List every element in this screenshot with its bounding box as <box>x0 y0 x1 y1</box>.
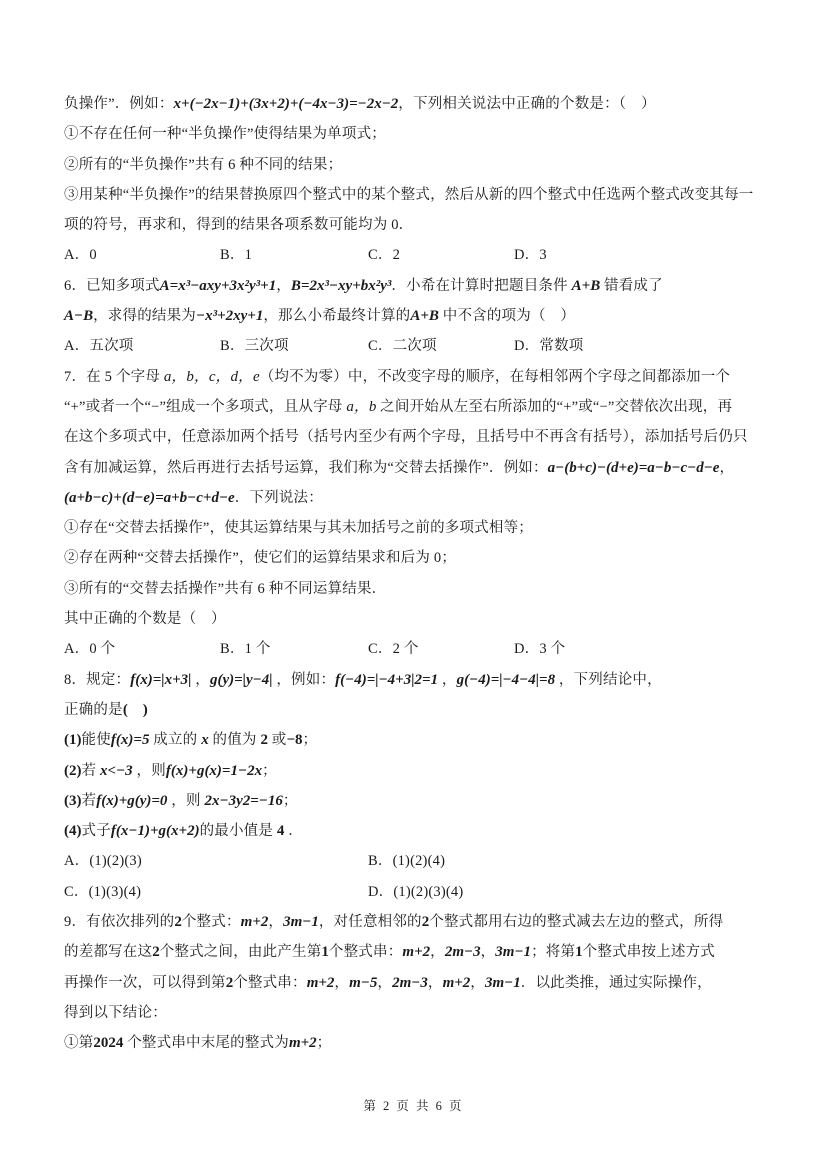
options-row: A．0 个B．1 个C．2 个D．3 个 <box>64 634 767 664</box>
math-run: m+2 <box>402 944 430 960</box>
text-run: ，下列相关说法中正确的个数是：（ ） <box>398 96 655 112</box>
option-D: D．(1)(2)(3)(4) <box>368 877 767 907</box>
text-run: ②所有的“半负操作”共有 6 种不同的结果； <box>64 157 342 173</box>
text-run: ．以此类推，通过实际操作， <box>521 975 712 991</box>
math-run: m+2 <box>443 975 471 991</box>
text-run: ， <box>470 975 485 991</box>
options-row: A．(1)(2)(3)B．(1)(2)(4) <box>64 846 767 876</box>
text-run: 含有加减运算，然后再进行去括号运算，我们称为“交替去括操作”．例如： <box>64 460 548 476</box>
text-run: 的值为 <box>209 732 261 748</box>
text-line: ①第2024 个整式串中末尾的整式为m+2； <box>64 1028 767 1058</box>
math-run: x<−3 <box>100 763 133 779</box>
math-run: 2 <box>260 732 268 748</box>
text-run: 式子 <box>82 823 111 839</box>
text-run: 9．有依次排列的 <box>64 914 174 930</box>
text-run: ．下列说法： <box>235 490 323 506</box>
text-run: 的最小值是 <box>200 823 277 839</box>
text-line: (a+b−c)+(d−e)=a+b−c+d−e．下列说法： <box>64 483 767 513</box>
math-run: 1 <box>575 944 583 960</box>
text-line: A−B，求得的结果为−x³+2xy+1，那么小希最终计算的A+B 中不含的项为（… <box>64 301 767 331</box>
text-run: ， <box>377 975 392 991</box>
text-run: 再操作一次，可以得到第 <box>64 975 226 991</box>
text-run: ，求得的结果为 <box>93 308 196 324</box>
text-run: ．小希在计算时把题目条件 <box>391 278 571 294</box>
text-run: 个整式之间，由此产生第 <box>160 944 322 960</box>
text-run: 个整式： <box>182 914 241 930</box>
text-run: 8．规定： <box>64 672 130 688</box>
worksheet-page: 负操作”．例如：x+(−2x−1)+(3x+2)+(−4x−3)=−2x−2，下… <box>0 0 827 1169</box>
option-C: C．(1)(3)(4) <box>64 877 368 907</box>
text-line: 其中正确的个数是（ ） <box>64 604 767 634</box>
text-line: 正确的是( ) <box>64 695 767 725</box>
text-run: 的差都写在这 <box>64 944 152 960</box>
option-D: D．常数项 <box>514 331 767 361</box>
text-run: 成立的 <box>149 732 201 748</box>
text-run: ，则 <box>167 793 204 809</box>
text-run: ， <box>268 914 283 930</box>
text-line: 再操作一次，可以得到第2个整式串：m+2，m−5，2m−3，m+2，3m−1．以… <box>64 968 767 998</box>
math-run: 3m−1 <box>485 975 521 991</box>
text-run: ，则 <box>133 763 166 779</box>
text-run: ①存在“交替去括操作”，使其运算结果与其未加括号之前的多项式相等； <box>64 520 533 536</box>
options-row: A．0B．1C．2D．3 <box>64 240 767 270</box>
text-run: 个整式串按上述方式 <box>583 944 715 960</box>
option-D: D．3 <box>514 240 767 270</box>
text-run: ； <box>303 732 318 748</box>
math-run: m−5 <box>349 975 377 991</box>
math-run: g(y)=|y−4| <box>210 672 273 688</box>
text-run: 个整式串： <box>329 944 403 960</box>
text-run: ， <box>334 975 349 991</box>
text-line: ①不存在任何一种“半负操作”使得结果为单项式； <box>64 119 767 149</box>
math-run: ( ) <box>123 702 148 718</box>
math-run: f(−4)=|−4+3|2=1 <box>335 672 438 688</box>
text-run: ， <box>276 278 291 294</box>
math-run: A+B <box>572 278 601 294</box>
text-run: 个整式串： <box>233 975 307 991</box>
text-line: 6．已知多项式A=x³−axy+3x²y³+1，B=2x³−xy+bx²y³．小… <box>64 271 767 301</box>
text-run: 其中正确的个数是（ ） <box>64 611 226 627</box>
math-run: A=x³−axy+3x²y³+1 <box>160 278 277 294</box>
math-run: (1) <box>64 732 82 748</box>
text-run: ，例如： <box>273 672 336 688</box>
text-run: ； <box>317 1035 332 1051</box>
math-run: x <box>201 732 209 748</box>
math-run: 2m−3 <box>445 944 481 960</box>
text-line: 负操作”．例如：x+(−2x−1)+(3x+2)+(−4x−3)=−2x−2，下… <box>64 89 767 119</box>
math-run: g(−4)=|−4−4|=8 <box>457 672 555 688</box>
text-line: 9．有依次排列的2个整式：m+2，3m−1，对任意相邻的2个整式都用右边的整式减… <box>64 907 767 937</box>
math-run: A+B <box>410 308 439 324</box>
math-run: f(x)+g(y)=0 <box>96 793 167 809</box>
text-run: ， <box>719 460 734 476</box>
option-B: B．(1)(2)(4) <box>368 846 767 876</box>
text-run: 负操作”．例如： <box>64 96 174 112</box>
math-run: 2 <box>152 944 160 960</box>
text-run: ， <box>430 944 445 960</box>
text-line: ②存在两种“交替去括操作”，使它们的运算结果求和后为 0； <box>64 543 767 573</box>
text-run: ； <box>283 793 298 809</box>
math-run: m+2 <box>307 975 335 991</box>
text-run: 若 <box>82 763 101 779</box>
document-content: 负操作”．例如：x+(−2x−1)+(3x+2)+(−4x−3)=−2x−2，下… <box>64 89 767 1059</box>
math-run: f(x)=|x+3| <box>130 672 191 688</box>
option-A: A．(1)(2)(3) <box>64 846 368 876</box>
text-run: 得到以下结论： <box>64 1005 167 1021</box>
option-A: A．五次项 <box>64 331 220 361</box>
math-run: m+2 <box>289 1035 317 1051</box>
option-B: B．1 个 <box>220 634 368 664</box>
text-run: ， <box>481 944 496 960</box>
text-line: ③所有的“交替去括操作”共有 6 种不同运算结果． <box>64 574 767 604</box>
math-run: 2m−3 <box>392 975 428 991</box>
math-run: f(x)=5 <box>111 732 150 748</box>
options-row: A．五次项B．三次项C．二次项D．常数项 <box>64 331 767 361</box>
text-run: ；将第 <box>531 944 575 960</box>
math-run: (2) <box>64 763 82 779</box>
math-run: 2024 <box>93 1035 123 1051</box>
option-D: D．3 个 <box>514 634 767 664</box>
text-run: 错看成了 <box>600 278 663 294</box>
math-run: 1 <box>321 944 329 960</box>
option-C: C．2 <box>368 240 514 270</box>
text-line: (4)式子f(x−1)+g(x+2)的最小值是 4 ． <box>64 816 767 846</box>
text-run: “+”或者一个“−”组成一个多项式，且从字母 <box>64 399 346 415</box>
options-row: C．(1)(3)(4)D．(1)(2)(3)(4) <box>64 877 767 907</box>
option-B: B．三次项 <box>220 331 368 361</box>
text-line: 的差都写在这2个整式之间，由此产生第1个整式串：m+2，2m−3，3m−1；将第… <box>64 937 767 967</box>
text-line: ①存在“交替去括操作”，使其运算结果与其未加括号之前的多项式相等； <box>64 513 767 543</box>
text-run: ③所有的“交替去括操作”共有 6 种不同运算结果． <box>64 581 386 597</box>
text-line: (1)能使f(x)=5 成立的 x 的值为 2 或−8； <box>64 725 767 755</box>
text-run: 在这个多项式中，任意添加两个括号（括号内至少有两个字母，且括号中不再含有括号），… <box>64 429 748 445</box>
text-run: ， <box>438 672 457 688</box>
text-line: (2)若 x<−3 ，则f(x)+g(x)=1−2x； <box>64 756 767 786</box>
text-run: ①第 <box>64 1035 93 1051</box>
text-run: ， <box>428 975 443 991</box>
text-run: （均不为零）中，不改变字母的顺序，在每相邻两个字母之间都添加一个 <box>260 369 730 385</box>
text-run: ， <box>191 672 210 688</box>
option-A: A．0 <box>64 240 220 270</box>
text-line: ③用某种“半负操作”的结果替换原四个整式中的某个整式，然后从新的四个整式中任选两… <box>64 180 767 210</box>
math-run: 2 <box>174 914 182 930</box>
math-run: x+(−2x−1)+(3x+2)+(−4x−3)=−2x−2 <box>174 96 399 112</box>
math-run: a，b，c，d，e <box>164 369 260 385</box>
math-run: A−B <box>64 308 93 324</box>
math-run: 3m−1 <box>283 914 319 930</box>
option-C: C．2 个 <box>368 634 514 664</box>
text-run: 或 <box>268 732 287 748</box>
text-run: ，对任意相邻的 <box>319 914 422 930</box>
math-run: (3) <box>64 793 82 809</box>
math-run: a，b <box>346 399 376 415</box>
math-run: −x³+2xy+1 <box>196 308 263 324</box>
text-line: 项的符号，再求和，得到的结果各项系数可能均为 0． <box>64 210 767 240</box>
math-run: f(x−1)+g(x+2) <box>111 823 200 839</box>
math-run: (4) <box>64 823 82 839</box>
text-line: 7．在 5 个字母 a，b，c，d，e（均不为零）中，不改变字母的顺序，在每相邻… <box>64 362 767 392</box>
text-line: “+”或者一个“−”组成一个多项式，且从字母 a，b 之间开始从左至右所添加的“… <box>64 392 767 422</box>
option-B: B．1 <box>220 240 368 270</box>
text-line: 得到以下结论： <box>64 998 767 1028</box>
math-run: m+2 <box>241 914 269 930</box>
text-line: 在这个多项式中，任意添加两个括号（括号内至少有两个字母，且括号中不再含有括号），… <box>64 422 767 452</box>
text-run: 7．在 5 个字母 <box>64 369 164 385</box>
text-run: 6．已知多项式 <box>64 278 160 294</box>
text-run: 之间开始从左至右所添加的“+”或“−”交替依次出现，再 <box>376 399 732 415</box>
text-run: 若 <box>82 793 97 809</box>
page-footer: 第 2 页 共 6 页 <box>0 1096 827 1114</box>
text-line: 含有加减运算，然后再进行去括号运算，我们称为“交替去括操作”．例如：a−(b+c… <box>64 453 767 483</box>
math-run: a−(b+c)−(d+e)=a−b−c−d−e <box>548 460 720 476</box>
text-run: 个整式都用右边的整式减去左边的整式，所得 <box>429 914 723 930</box>
text-line: 8．规定：f(x)=|x+3| ，g(y)=|y−4| ，例如：f(−4)=|−… <box>64 665 767 695</box>
text-run: 正确的是 <box>64 702 123 718</box>
text-run: 个整式串中末尾的整式为 <box>123 1035 289 1051</box>
text-run: 中不含的项为（ ） <box>439 308 575 324</box>
text-run: ． <box>284 823 303 839</box>
math-run: 2x−3y2=−16 <box>205 793 283 809</box>
math-run: 3m−1 <box>495 944 531 960</box>
text-line: ②所有的“半负操作”共有 6 种不同的结果； <box>64 150 767 180</box>
text-run: ； <box>262 763 277 779</box>
math-run: −8 <box>286 732 302 748</box>
option-C: C．二次项 <box>368 331 514 361</box>
text-run: ②存在两种“交替去括操作”，使它们的运算结果求和后为 0； <box>64 550 456 566</box>
text-run: ，那么小希最终计算的 <box>263 308 410 324</box>
text-run: ①不存在任何一种“半负操作”使得结果为单项式； <box>64 126 386 142</box>
math-run: f(x)+g(x)=1−2x <box>166 763 262 779</box>
text-run: 能使 <box>82 732 111 748</box>
option-A: A．0 个 <box>64 634 220 664</box>
math-run: B=2x³−xy+bx²y³ <box>291 278 392 294</box>
text-run: 项的符号，再求和，得到的结果各项系数可能均为 0． <box>64 217 413 233</box>
text-line: (3)若f(x)+g(y)=0 ，则 2x−3y2=−16； <box>64 786 767 816</box>
math-run: (a+b−c)+(d−e)=a+b−c+d−e <box>64 490 235 506</box>
text-run: ③用某种“半负操作”的结果替换原四个整式中的某个整式，然后从新的四个整式中任选两… <box>64 187 753 203</box>
text-run: ，下列结论中， <box>555 672 662 688</box>
